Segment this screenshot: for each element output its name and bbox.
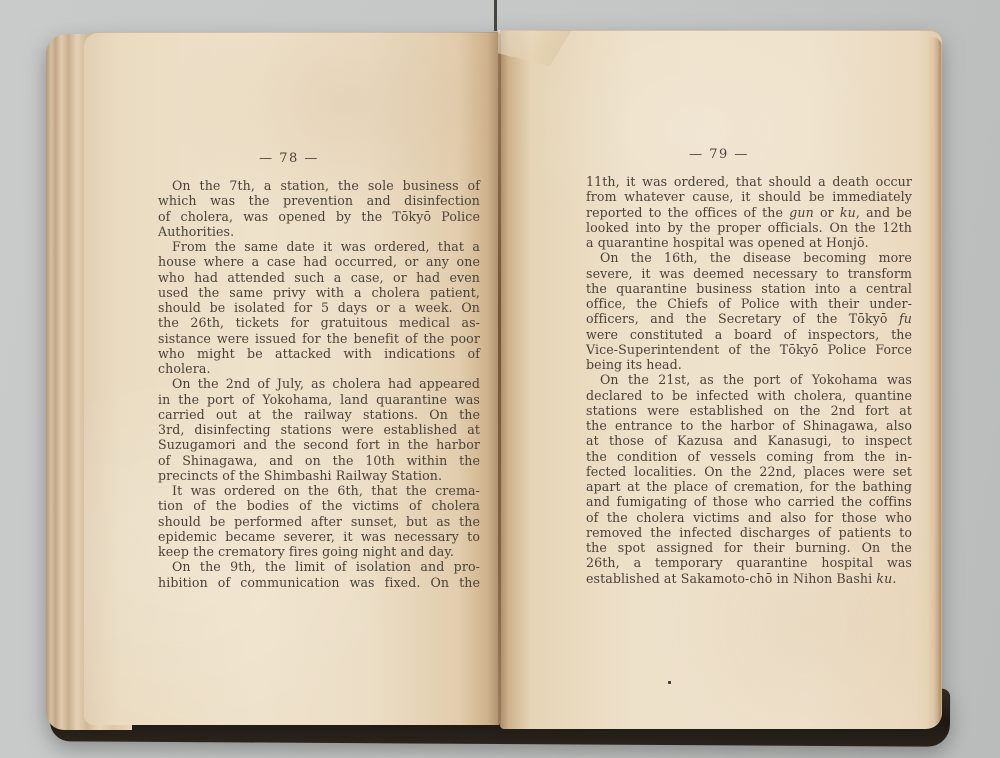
text-line: Vice-Superintendent of the Tōkyō Police …	[586, 342, 912, 357]
left-page-lines: On the 7th, a station, the sole business…	[158, 178, 480, 590]
text-line: should be performed after sunset, but as…	[158, 514, 480, 529]
text-line: declared to be infected with cholera, qu…	[586, 388, 912, 403]
left-page-text-block: — 78 — On the 7th, a station, the sole b…	[158, 151, 480, 590]
text-line: It was ordered on the 6th, that the crem…	[158, 483, 480, 498]
text-line: from whatever cause, it should be immedi…	[586, 189, 912, 204]
text-line: On the 7th, a station, the sole business…	[158, 178, 480, 193]
right-page-text-block: — 79 — 11th, it was ordered, that should…	[586, 147, 912, 586]
page-number-left: — 78 —	[128, 151, 450, 166]
text-line: being its head.	[586, 357, 912, 372]
text-line: 26th, a temporary quarantine hospital wa…	[586, 555, 912, 570]
text-line: should be isolated for 5 days or a week.…	[158, 300, 480, 315]
text-line: of Shinagawa, and on the 10th within the	[158, 453, 480, 468]
text-line: officers, and the Secretary of the Tōkyō…	[586, 311, 912, 326]
text-line: sistance were issued for the benefit of …	[158, 331, 480, 346]
text-line: and fumigating of those who carried the …	[586, 494, 912, 509]
text-line: the quarantine business station into a c…	[586, 281, 912, 296]
text-line: precincts of the Shimbashi Railway Stati…	[158, 468, 480, 483]
ink-speck	[668, 681, 671, 684]
text-line: apart at the place of cremation, for the…	[586, 479, 912, 494]
text-line: the condition of vessels coming from the…	[586, 449, 912, 464]
text-line: removed the infected discharges of patie…	[586, 525, 912, 540]
text-line: 11th, it was ordered, that should a deat…	[586, 174, 912, 189]
text-line: keep the crematory fires going night and…	[158, 544, 480, 559]
text-line: which was the prevention and disinfectio…	[158, 193, 480, 208]
text-line: On the 21st, as the port of Yokohama was	[586, 372, 912, 387]
text-line: On the 9th, the limit of isolation and p…	[158, 559, 480, 574]
text-line: reported to the offices of the gun or ku…	[586, 205, 912, 220]
text-line: On the 16th, the disease becoming more	[586, 250, 912, 265]
text-line: severe, it was deemed necessary to trans…	[586, 266, 912, 281]
text-line: established at Sakamoto-chō in Nihon Bas…	[586, 571, 912, 586]
text-line: who might be attacked with indications o…	[158, 346, 480, 361]
text-line: epidemic became severer, it was necessar…	[158, 529, 480, 544]
text-line: From the same date it was ordered, that …	[158, 239, 480, 254]
text-line: cholera.	[158, 361, 480, 376]
open-book: — 78 — On the 7th, a station, the sole b…	[46, 26, 954, 748]
text-line: hibition of communication was fixed. On …	[158, 575, 480, 590]
left-page: — 78 — On the 7th, a station, the sole b…	[84, 32, 500, 725]
text-line: 3rd, disinfecting stations were establis…	[158, 422, 480, 437]
text-line: the entrance to the harbor of Shinagawa,…	[586, 418, 912, 433]
text-line: of the cholera victims and also for thos…	[586, 510, 912, 525]
text-line: used the same privy with a cholera patie…	[158, 285, 480, 300]
text-line: looked into by the proper officials. On …	[586, 220, 912, 235]
text-line: at those of Kazusa and Kanasugi, to insp…	[586, 433, 912, 448]
text-line: the 26th, tickets for gratuitous medical…	[158, 315, 480, 330]
text-line: of cholera, was opened by the Tōkyō Poli…	[158, 209, 480, 224]
right-page: — 79 — 11th, it was ordered, that should…	[500, 30, 942, 729]
text-line: were constituted a board of inspectors, …	[586, 327, 912, 342]
text-line: a quarantine hospital was opened at Honj…	[586, 235, 912, 250]
text-line: house where a case had occurred, or any …	[158, 254, 480, 269]
text-line: office, the Chiefs of Police with their …	[586, 296, 912, 311]
text-line: On the 2nd of July, as cholera had appea…	[158, 376, 480, 391]
text-line: who had attended such a case, or had eve…	[158, 270, 480, 285]
text-line: Authorities.	[158, 224, 480, 239]
text-line: fected localities. On the 22nd, places w…	[586, 464, 912, 479]
right-page-lines: 11th, it was ordered, that should a deat…	[586, 174, 912, 586]
text-line: stations were established on the 2nd for…	[586, 403, 912, 418]
text-line: carried out at the railway stations. On …	[158, 407, 480, 422]
book-gutter	[498, 34, 501, 724]
page-number-right: — 79 —	[556, 147, 882, 162]
text-line: the spot assigned for their burning. On …	[586, 540, 912, 555]
text-line: Suzugamori and the second fort in the ha…	[158, 437, 480, 452]
text-line: tion of the bodies of the victims of cho…	[158, 498, 480, 513]
text-line: in the port of Yokohama, land quarantine…	[158, 392, 480, 407]
